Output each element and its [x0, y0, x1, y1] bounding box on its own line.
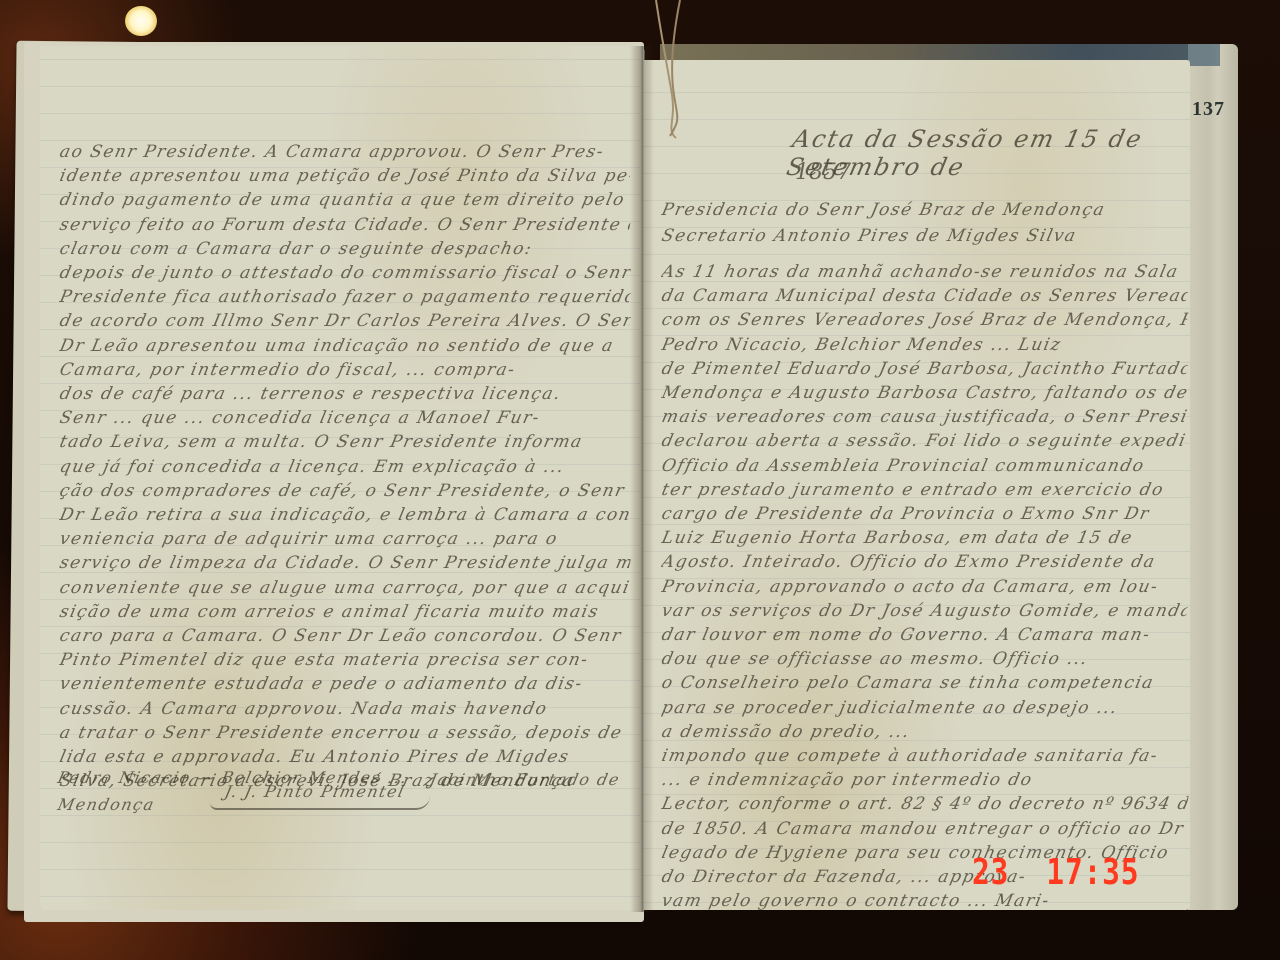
left-page-line: que já foi concedida a licença. Em expli…	[58, 457, 567, 477]
left-page-line: clarou com a Camara dar o seguinte despa…	[58, 239, 535, 259]
left-page-line: ao Senr Presidente. A Camara approvou. O…	[58, 142, 606, 162]
left-page-line: venientemente estudada e pede o adiament…	[58, 674, 585, 694]
left-page-line: de acordo com Illmo Senr Dr Carlos Perei…	[58, 311, 632, 331]
right-page-line: ter prestado juramento e entrado em exer…	[660, 480, 1189, 500]
right-page-line: dar louvor em nome do Governo. A Camara …	[660, 625, 1189, 645]
left-page-line: cussão. A Camara approvou. Nada mais hav…	[58, 699, 550, 719]
left-page-line: dindo pagamento de uma quantia a que tem…	[58, 190, 627, 210]
left-page-line: dos de café para ... terrenos e respecti…	[58, 384, 563, 404]
right-page-line: Secretario Antonio Pires de Migdes Silva	[660, 226, 1079, 246]
left-page-line: depois de junto o attestado do commissar…	[58, 263, 632, 283]
right-page-line: de 1850. A Camara mandou entregar o offi…	[660, 819, 1189, 839]
left-page-line: Camara, por intermedio do fiscal, ... co…	[58, 360, 518, 380]
camera-timestamp: 23 17:35	[972, 852, 1139, 893]
right-page-line: vam pelo governo o contracto ... Mari-	[660, 891, 1189, 911]
right-page-line: mais vereadores com causa justificada, o…	[660, 407, 1189, 427]
right-page-line: var os serviços do Dr José Augusto Gomid…	[660, 601, 1189, 621]
right-page-line: para se proceder judicialmente ao despej…	[660, 698, 1189, 718]
right-page-line: com os Senres Vereadores José Braz de Me…	[660, 310, 1189, 330]
right-page-line: As 11 horas da manhã achando-se reunidos…	[660, 262, 1189, 282]
left-page-line: serviço feito ao Forum desta Cidade. O S…	[58, 215, 632, 235]
lamp-light	[125, 6, 157, 36]
right-page-line: Presidencia do Senr José Braz de Mendonç…	[660, 200, 1107, 220]
signature: Jacintho Furtado de	[428, 770, 622, 789]
right-page-line: da Camara Municipal desta Cidade os Senr…	[660, 286, 1189, 306]
left-page-line: sição de uma com arreios e animal ficari…	[58, 602, 601, 622]
right-page-line: Mendonça e Augusto Barbosa Castro, falta…	[660, 383, 1189, 403]
left-page-line: tado Leiva, sem a multa. O Senr Presiden…	[58, 432, 585, 452]
left-page-line: a tratar o Senr Presidente encerrou a se…	[58, 723, 625, 743]
left-page-line: Dr Leão retira a sua indicação, e lembra…	[58, 505, 632, 525]
left-page-line: Senr ... que ... concedida licença a Man…	[58, 408, 542, 428]
minutes-heading: Acta da Sessão em 15 de Setembro de	[784, 125, 1280, 181]
left-page-line: Dr Leão apresentou uma indicação no sent…	[58, 336, 616, 356]
right-page-line: de Pimentel Eduardo José Barbosa, Jacint…	[660, 359, 1189, 379]
left-page-line: Pinto Pimentel diz que esta materia prec…	[58, 650, 591, 670]
left-page-line: conveniente que se alugue uma carroça, p…	[58, 578, 632, 598]
right-page-line: Agosto. Inteirado. Officio do Exmo Presi…	[660, 552, 1189, 572]
right-page-line: o Conselheiro pelo Camara se tinha compe…	[660, 673, 1189, 693]
signature-flourish	[210, 796, 430, 810]
left-page-line: Presidente fica authorisado fazer o paga…	[58, 287, 632, 307]
minutes-year: 1857	[795, 160, 851, 185]
left-page-line: veniencia para de adquirir uma carroça .…	[58, 529, 560, 549]
right-page-line: Luiz Eugenio Horta Barbosa, em data de 1…	[660, 528, 1189, 548]
right-page-line: Pedro Nicacio, Belchior Mendes ... Luiz	[660, 335, 1189, 355]
right-page-line: Provincia, approvando o acto da Camara, …	[660, 577, 1189, 597]
book-gutter	[630, 46, 654, 912]
binding-string	[650, 0, 690, 140]
timestamp-day: 23	[972, 852, 1009, 893]
left-page-line: caro para a Camara. O Senr Dr Leão conco…	[58, 626, 624, 646]
left-page-line: serviço de limpeza da Cidade. O Senr Pre…	[58, 553, 632, 573]
right-page-line: Lector, conforme o art. 82 § 4º do decre…	[660, 794, 1189, 814]
right-page-line: cargo de Presidente da Provincia o Exmo …	[660, 504, 1189, 524]
left-page-line: idente apresentou uma petição de José Pi…	[58, 166, 632, 186]
right-page-line: a demissão do predio, ...	[660, 722, 1189, 742]
right-page-line: dou que se officiasse ao mesmo. Officio …	[660, 649, 1189, 669]
signature: Mendonça	[56, 795, 157, 814]
left-page-line: lida esta e approvada. Eu Antonio Pires …	[58, 747, 572, 767]
timestamp-time: 17:35	[1046, 852, 1139, 893]
right-page-line: declarou aberta a sessão. Foi lido o seg…	[660, 431, 1189, 451]
page-number: 137	[1192, 98, 1225, 121]
left-page-line: ção dos compradores de café, o Senr Pres…	[58, 481, 627, 501]
right-page-line: impondo que compete à authoridade sanita…	[660, 746, 1189, 766]
right-page-line: ... e indemnização por intermedio do	[660, 770, 1189, 790]
right-page-line: Officio da Assembleia Provincial communi…	[660, 456, 1189, 476]
